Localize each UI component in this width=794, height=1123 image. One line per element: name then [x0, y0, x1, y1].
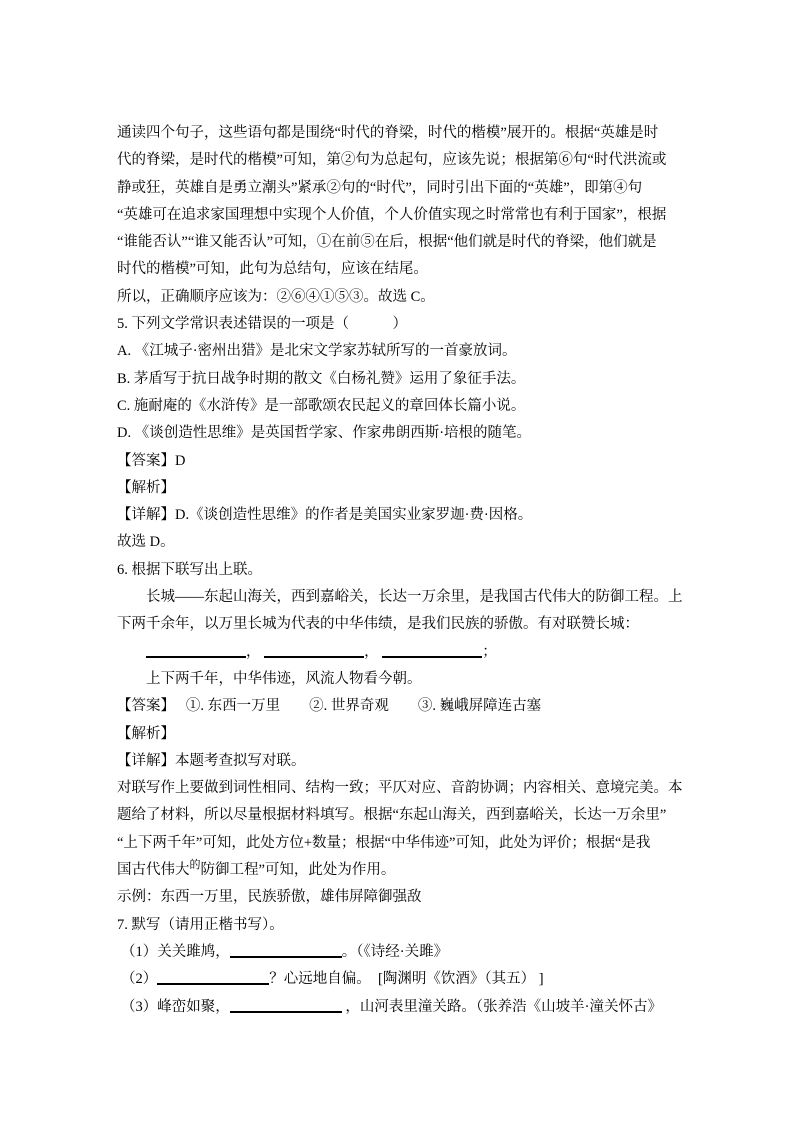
q6-analysis-label: 【解析】 [117, 721, 681, 748]
document-page: 通读四个句子，这些语句都是围绕“时代的脊梁，时代的楷模”展开的。根据“英雄是时代… [0, 0, 794, 1123]
q7-stem: 7. 默写（请用正楷书写）。 [117, 912, 681, 939]
q5-detail: 【详解】D.《谈创造性思维》的作者是美国实业家罗迦·费·因格。 [117, 502, 681, 529]
q4-analysis-4: “英雄可在追求家国理想中实现个人价值，个人价值实现之时常常也有利于国家”，根据 [117, 202, 681, 229]
text-run: ？心远地自偏。 [陶渊明《饮酒》（其五） ] [269, 971, 543, 987]
text-run: 下两千余年，以万里长城为代表的中华伟绩，是我们民族的骄傲。有对联赞长城： [117, 616, 639, 632]
answer-blank [230, 1010, 342, 1013]
superscript-char: 的 [190, 859, 201, 871]
text-run: 【详解】D.《谈创造性思维》的作者是美国实业家罗迦·费·因格。 [117, 507, 532, 523]
text-run: “英雄可在追求家国理想中实现个人价值，个人价值实现之时常常也有利于国家”，根据 [117, 207, 666, 223]
q5-option-d: D. 《谈创造性思维》是英国哲学家、作家弗朗西斯·培根的随笔。 [117, 420, 681, 447]
text-run: B. 茅盾写于抗日战争时期的散文《白杨礼赞》运用了象征手法。 [117, 371, 525, 387]
q4-analysis-2: 代的脊梁，是时代的楷模”可知，第②句为总起句，应该先说；根据第⑥句“时代洪流或 [117, 147, 681, 174]
q7-item-3: （3）峰峦如聚， ，山河表里潼关路。（张养浩《山坡羊·潼关怀古》 [117, 994, 681, 1021]
answer-blank [382, 655, 482, 658]
text-run: （3）峰峦如聚， [121, 999, 230, 1015]
text-run: ， [364, 644, 382, 660]
answer-blank [146, 655, 246, 658]
text-run: 静或狂，英雄自是勇立潮头”紧承②句的“时代”，同时引出下面的“英雄”，即第④句 [117, 180, 642, 196]
text-run: 【答案】D [117, 453, 185, 469]
q6-material-2: 下两千余年，以万里长城为代表的中华伟绩，是我们民族的骄傲。有对联赞长城： [117, 611, 681, 638]
text-run: ， [246, 644, 264, 660]
text-run: “谁能否认”“谁又能否认”可知，①在前⑤在后，根据“他们就是时代的脊梁，他们就是 [117, 234, 657, 250]
q5-stem: 5. 下列文学常识表述错误的一项是（ ） [117, 311, 681, 338]
text-run: 5. 下列文学常识表述错误的一项是（ ） [117, 316, 407, 332]
text-run: 【答案】 ①. 东西一万里 ②. 世界奇观 ③. 巍峨屏障连古塞 [117, 698, 541, 714]
answer-blank [230, 955, 342, 958]
q6-detail-1: 【详解】本题考查拟写对联。 [117, 748, 681, 775]
q6-example: 示例：东西一万里，民族骄傲，雄伟屏障御强敌 [117, 884, 681, 911]
text-run: 对联写作上要做到词性相同、结构一致；平仄对应、音韵协调；内容相关、意境完美。本 [117, 780, 683, 796]
q4-analysis-3: 静或狂，英雄自是勇立潮头”紧承②句的“时代”，同时引出下面的“英雄”，即第④句 [117, 175, 681, 202]
text-run: 所以，正确顺序应该为：②⑥④①⑤③。故选 C。 [117, 289, 435, 305]
text-run: 代的脊梁，是时代的楷模”可知，第②句为总起句，应该先说；根据第⑥句“时代洪流或 [117, 152, 666, 168]
text-run: （1）关关雎鸠， [121, 944, 230, 960]
q4-analysis-6: 时代的楷模”可知，此句为总结句，应该在结尾。 [117, 256, 681, 283]
text-run: 。（《诗经·关雎》 [342, 944, 448, 960]
text-run: 防御工程”可知，此处为作用。 [201, 862, 396, 878]
text-run: ，山河表里潼关路。（张养浩《山坡羊·潼关怀古》 [342, 999, 662, 1015]
q5-option-a: A. 《江城子·密州出猎》是北宋文学家苏轼所写的一首豪放词。 [117, 338, 681, 365]
text-run: 故选 D。 [117, 534, 175, 550]
text-run: 【解析】 [117, 480, 175, 496]
q6-detail-4: “上下两千年”可知，此处方位+数量；根据“中华伟迹”可知，此处为评价；根据“是我 [117, 830, 681, 857]
q6-couplet-blank-line: ， ， ； [117, 639, 681, 666]
text-run: 【解析】 [117, 726, 175, 742]
text-run: 国古代伟大 [117, 862, 190, 878]
text-run: 通读四个句子，这些语句都是围绕“时代的脊梁，时代的楷模”展开的。根据“英雄是时 [117, 125, 658, 141]
text-run: C. 施耐庵的《水浒传》是一部歌颂农民起义的章回体长篇小说。 [117, 398, 525, 414]
text-run: 示例：东西一万里，民族骄傲，雄伟屏障御强敌 [117, 889, 422, 905]
q7-item-1: （1）关关雎鸠，。（《诗经·关雎》 [117, 939, 681, 966]
text-run: 【详解】本题考查拟写对联。 [117, 753, 306, 769]
q6-material-1: 长城——东起山海关，西到嘉峪关，长达一万余里，是我国古代伟大的防御工程。上 [117, 584, 681, 611]
q4-analysis-5: “谁能否认”“谁又能否认”可知，①在前⑤在后，根据“他们就是时代的脊梁，他们就是 [117, 229, 681, 256]
text-run: 时代的楷模”可知，此句为总结句，应该在结尾。 [117, 261, 428, 277]
q4-analysis-1: 通读四个句子，这些语句都是围绕“时代的脊梁，时代的楷模”展开的。根据“英雄是时 [117, 120, 681, 147]
q6-couplet-lower: 上下两千年，中华伟迹，风流人物看今朝。 [117, 666, 681, 693]
text-run: ； [482, 644, 497, 660]
document-content: 通读四个句子，这些语句都是围绕“时代的脊梁，时代的楷模”展开的。根据“英雄是时代… [117, 120, 681, 1021]
q6-detail-3: 题给了材料，所以尽量根据材料填写。根据“东起山海关，西到嘉峪关，长达一万余里” [117, 802, 681, 829]
text-run: 6. 根据下联写出上联。 [117, 562, 262, 578]
text-run: 7. 默写（请用正楷书写）。 [117, 917, 284, 933]
text-run: “上下两千年”可知，此处方位+数量；根据“中华伟迹”可知，此处为评价；根据“是我 [117, 835, 650, 851]
text-run: D. 《谈创造性思维》是英国哲学家、作家弗朗西斯·培根的随笔。 [117, 425, 531, 441]
text-run: A. 《江城子·密州出猎》是北宋文学家苏轼所写的一首豪放词。 [117, 343, 517, 359]
q6-answer: 【答案】 ①. 东西一万里 ②. 世界奇观 ③. 巍峨屏障连古塞 [117, 693, 681, 720]
q5-answer: 【答案】D [117, 448, 681, 475]
answer-blank [264, 655, 364, 658]
answer-blank [157, 982, 269, 985]
q4-conclusion: 所以，正确顺序应该为：②⑥④①⑤③。故选 C。 [117, 284, 681, 311]
q6-detail-5: 国古代伟大的防御工程”可知，此处为作用。 [117, 857, 681, 884]
q7-item-2: （2）？心远地自偏。 [陶渊明《饮酒》（其五） ] [117, 966, 681, 993]
q6-detail-2: 对联写作上要做到词性相同、结构一致；平仄对应、音韵协调；内容相关、意境完美。本 [117, 775, 681, 802]
q5-option-c: C. 施耐庵的《水浒传》是一部歌颂农民起义的章回体长篇小说。 [117, 393, 681, 420]
q5-option-b: B. 茅盾写于抗日战争时期的散文《白杨礼赞》运用了象征手法。 [117, 366, 681, 393]
text-run: （2） [121, 971, 157, 987]
q6-stem: 6. 根据下联写出上联。 [117, 557, 681, 584]
text-run: 题给了材料，所以尽量根据材料填写。根据“东起山海关，西到嘉峪关，长达一万余里” [117, 807, 666, 823]
text-run: 长城——东起山海关，西到嘉峪关，长达一万余里，是我国古代伟大的防御工程。上 [146, 589, 683, 605]
q5-conclusion: 故选 D。 [117, 529, 681, 556]
q5-analysis-label: 【解析】 [117, 475, 681, 502]
text-run: 上下两千年，中华伟迹，风流人物看今朝。 [146, 671, 422, 687]
